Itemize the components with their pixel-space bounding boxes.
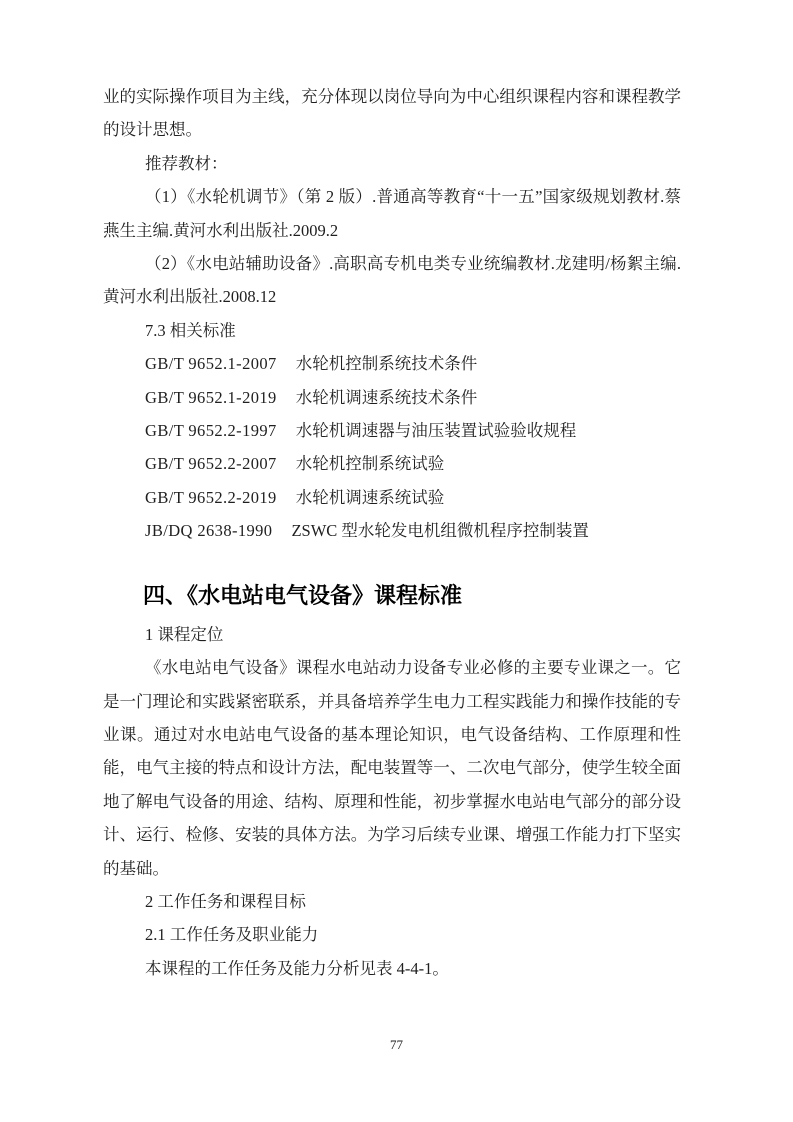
standard-item: GB/T 9652.2-2007水轮机控制系统试验 [103, 447, 681, 480]
standard-item: GB/T 9652.2-1997水轮机调速器与油压装置试验验收规程 [103, 414, 681, 447]
standard-code: GB/T 9652.1-2007 [145, 354, 277, 373]
standard-item: GB/T 9652.1-2007水轮机控制系统技术条件 [103, 347, 681, 380]
standard-code: GB/T 9652.2-2007 [145, 454, 277, 473]
subsection-2-1-paragraph: 本课程的工作任务及能力分析见表 4-4-1。 [103, 952, 681, 985]
standard-code: JB/DQ 2638-1990 [145, 521, 272, 540]
standard-code: GB/T 9652.2-1997 [145, 421, 277, 440]
subsection-1-paragraph: 《水电站电气设备》课程水电站动力设备专业必修的主要专业课之一。它是一门理论和实践… [103, 651, 681, 885]
standard-item: GB/T 9652.2-2019水轮机调速系统试验 [103, 481, 681, 514]
textbook-item-2: （2）《水电站辅助设备》.高职高专机电类专业统编教材.龙建明/杨絮主编.黄河水利… [103, 247, 681, 314]
subsection-2-1-heading: 2.1 工作任务及职业能力 [103, 918, 681, 951]
textbook-item-1: （1）《水轮机调节》（第 2 版）.普通高等教育“十一五”国家级规划教材.蔡燕生… [103, 180, 681, 247]
standard-code: GB/T 9652.2-2019 [145, 488, 277, 507]
related-standards-heading: 7.3 相关标准 [103, 314, 681, 347]
standard-title: 水轮机调速器与油压装置试验验收规程 [296, 421, 577, 440]
standard-item: GB/T 9652.1-2019水轮机调速系统技术条件 [103, 381, 681, 414]
standard-title: ZSWC 型水轮发电机组微机程序控制装置 [291, 521, 588, 540]
subsection-1-heading: 1 课程定位 [103, 618, 681, 651]
standard-item: JB/DQ 2638-1990ZSWC 型水轮发电机组微机程序控制装置 [103, 514, 681, 547]
document-page: 业的实际操作项目为主线，充分体现以岗位导向为中心组织课程内容和课程教学的设计思想… [0, 0, 793, 1122]
page-number: 77 [0, 1036, 793, 1053]
standard-code: GB/T 9652.1-2019 [145, 388, 277, 407]
section-heading: 四、《水电站电气设备》课程标准 [103, 574, 681, 618]
standard-title: 水轮机调速系统试验 [296, 488, 445, 507]
standard-title: 水轮机控制系统试验 [296, 454, 445, 473]
standard-title: 水轮机控制系统技术条件 [296, 354, 478, 373]
page-content: 业的实际操作项目为主线，充分体现以岗位导向为中心组织课程内容和课程教学的设计思想… [103, 80, 681, 985]
standard-title: 水轮机调速系统技术条件 [296, 388, 478, 407]
recommended-textbooks-label: 推荐教材： [103, 147, 681, 180]
subsection-2-heading: 2 工作任务和课程目标 [103, 885, 681, 918]
continuation-paragraph: 业的实际操作项目为主线，充分体现以岗位导向为中心组织课程内容和课程教学的设计思想… [103, 80, 681, 147]
